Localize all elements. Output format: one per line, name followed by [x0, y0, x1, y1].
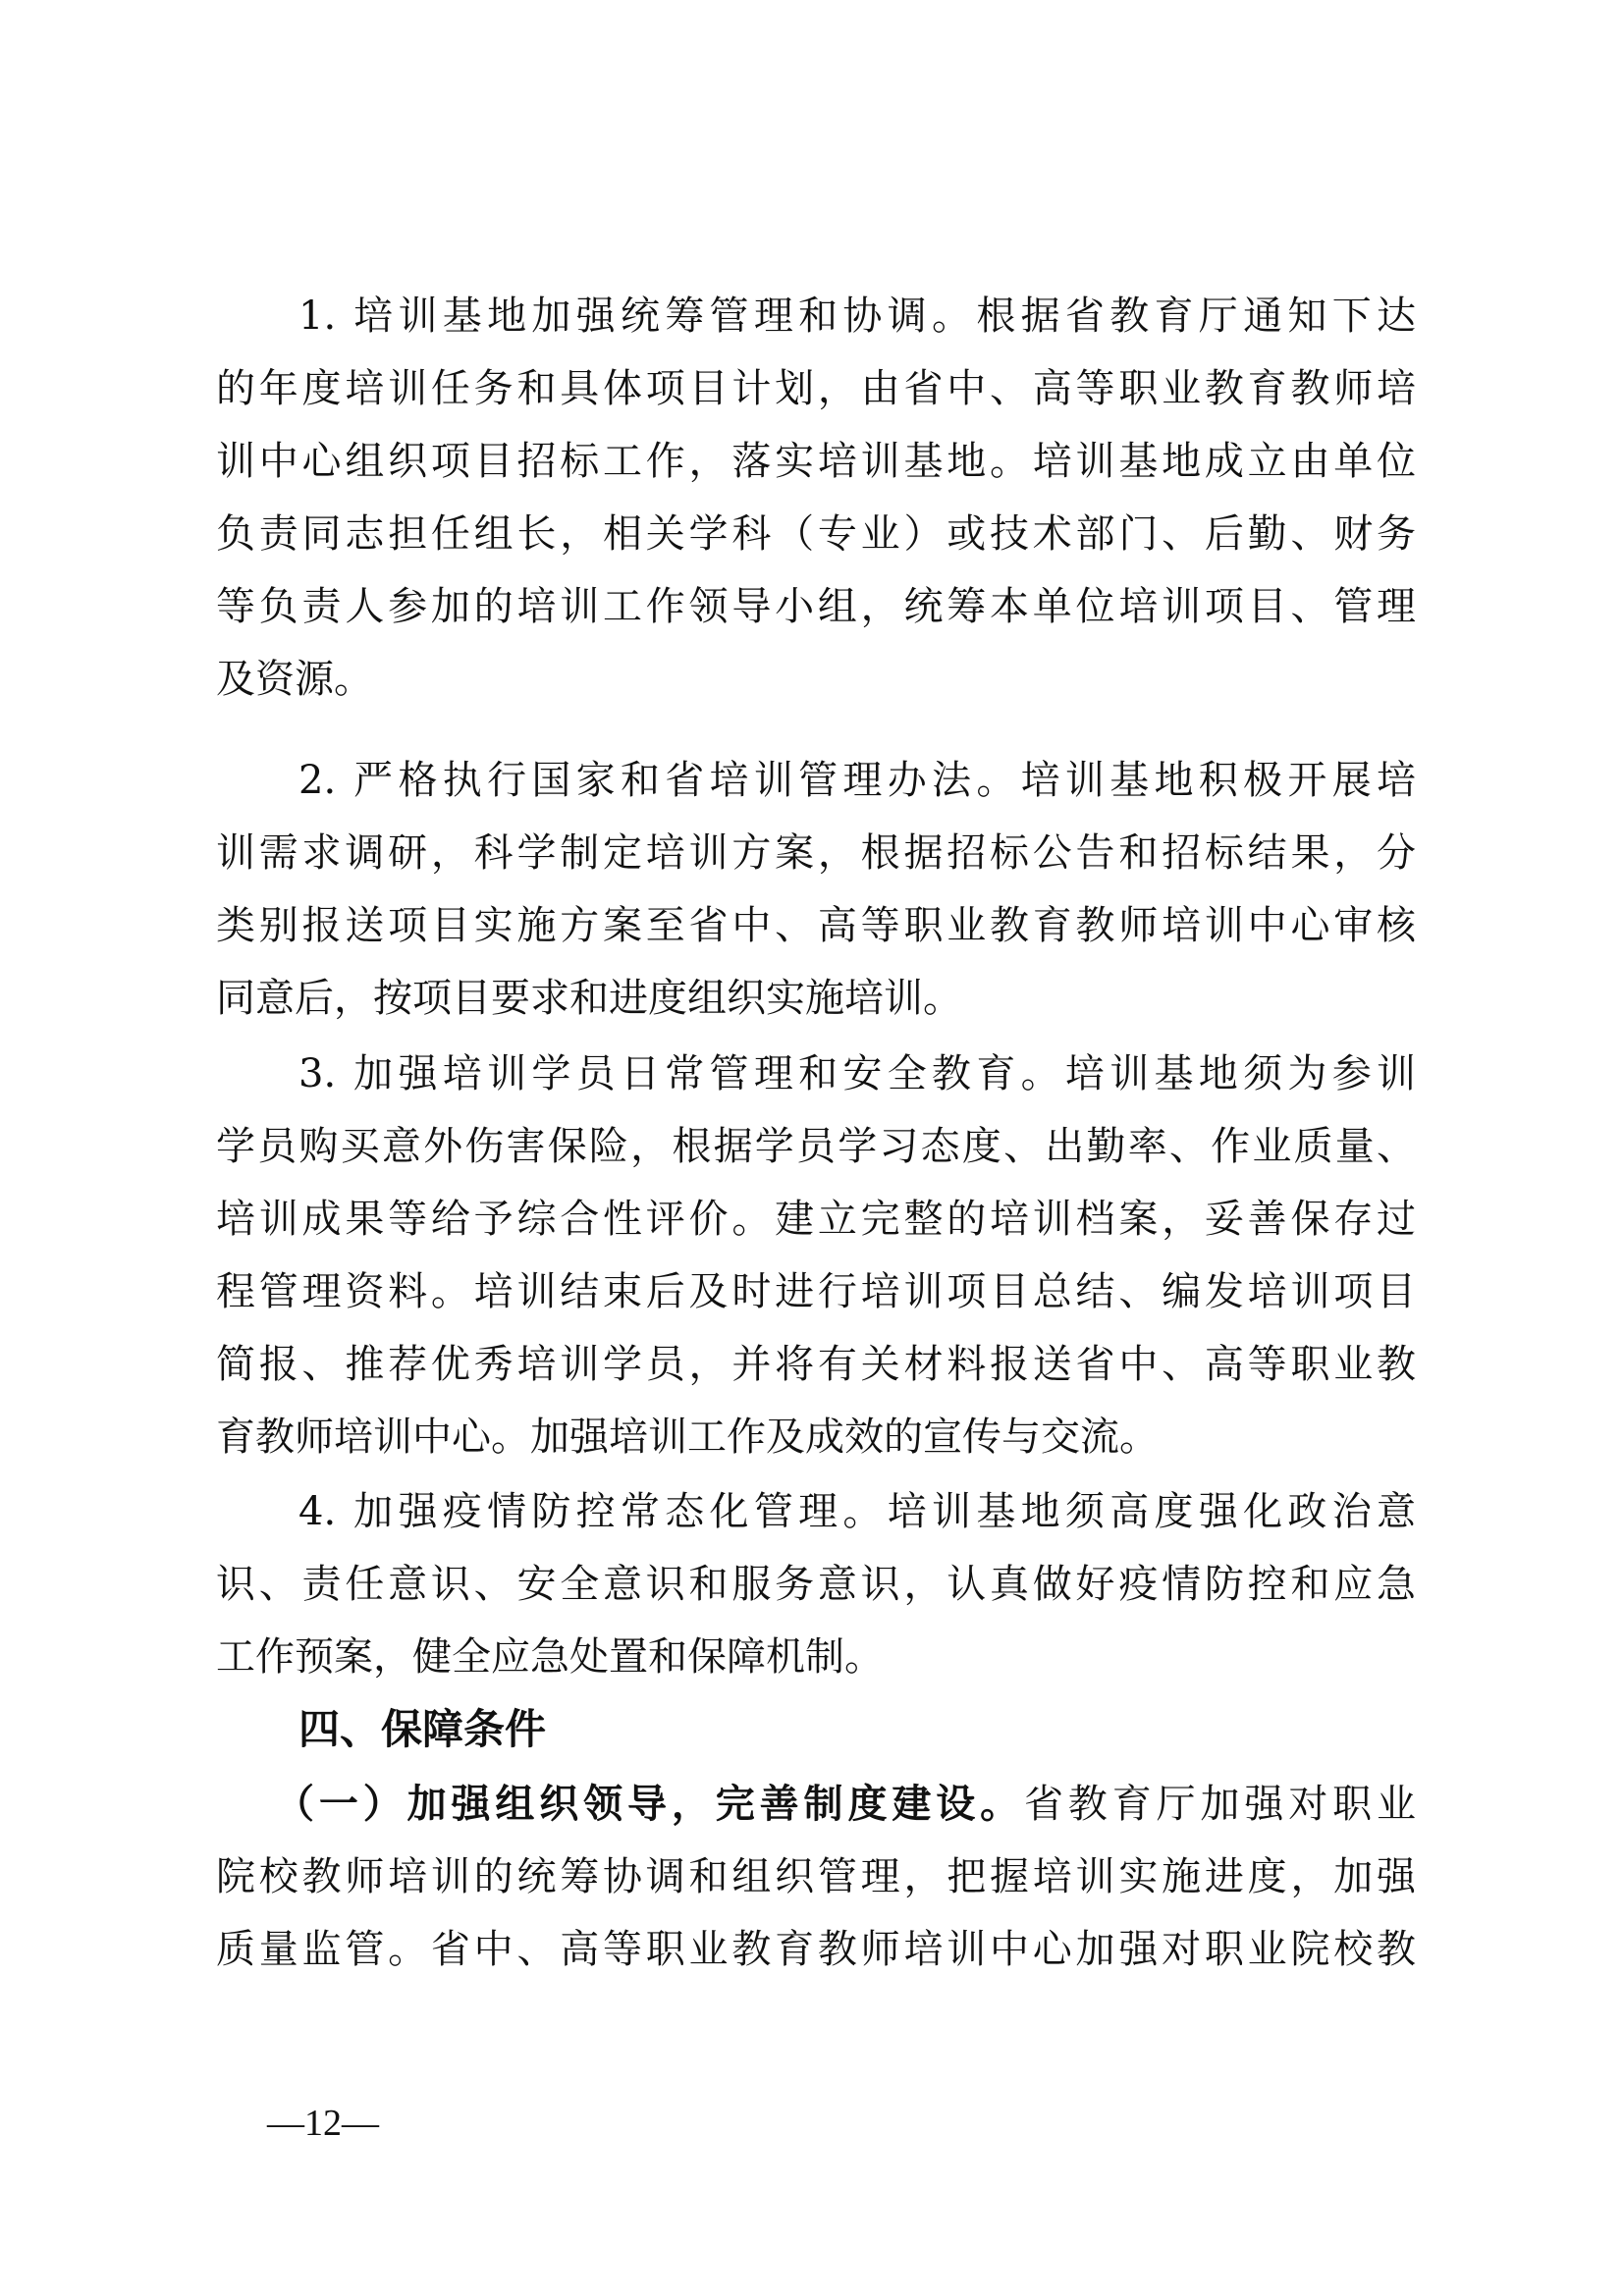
- subsection-first-line: （一）加强组织领导，完善制度建设。省教育厅加强对职业: [275, 1775, 1416, 1834]
- subsection-text: 省教育厅加强对职业: [1024, 1782, 1416, 1827]
- paragraph-line: 院校教师培训的统筹协调和组织管理，把握培训实施进度，加强: [216, 1847, 1416, 1906]
- paragraph-line: 培训成果等给予综合性评价。建立完整的培训档案，妥善保存过: [216, 1190, 1416, 1249]
- page-number: —12—: [267, 2099, 379, 2148]
- paragraph-line: 3. 加强培训学员日常管理和安全教育。培训基地须为参训: [298, 1044, 1416, 1103]
- paragraph-line: 等负责人参加的培训工作领导小组，统筹本单位培训项目、管理: [216, 577, 1416, 636]
- section-heading: 四、保障条件: [298, 1700, 546, 1759]
- paragraph-line: 简报、推荐优秀培训学员，并将有关材料报送省中、高等职业教: [216, 1335, 1416, 1394]
- paragraph-line: 学员购买意外伤害保险，根据学员学习态度、出勤率、作业质量、: [216, 1117, 1416, 1176]
- paragraph-line: 同意后，按项目要求和进度组织实施培训。: [216, 969, 1416, 1028]
- subsection-title: （一）加强组织领导，完善制度建设。: [275, 1782, 1024, 1827]
- document-page: 1. 培训基地加强统筹管理和协调。根据省教育厅通知下达 的年度培训任务和具体项目…: [0, 0, 1623, 2296]
- paragraph-line: 负责同志担任组长，相关学科（专业）或技术部门、后勤、财务: [216, 505, 1416, 563]
- paragraph-line: 育教师培训中心。加强培训工作及成效的宣传与交流。: [216, 1408, 1416, 1467]
- paragraph-line: 类别报送项目实施方案至省中、高等职业教育教师培训中心审核: [216, 896, 1416, 955]
- paragraph-line: 2. 严格执行国家和省培训管理办法。培训基地积极开展培: [298, 751, 1416, 810]
- paragraph-line: 工作预案，健全应急处置和保障机制。: [216, 1628, 1416, 1686]
- paragraph-line: 及资源。: [216, 650, 1416, 709]
- paragraph-line: 程管理资料。培训结束后及时进行培训项目总结、编发培训项目: [216, 1262, 1416, 1321]
- paragraph-line: 训需求调研，科学制定培训方案，根据招标公告和招标结果，分: [216, 824, 1416, 882]
- paragraph-line: 4. 加强疫情防控常态化管理。培训基地须高度强化政治意: [298, 1482, 1416, 1541]
- paragraph-line: 识、责任意识、安全意识和服务意识，认真做好疫情防控和应急: [216, 1555, 1416, 1614]
- paragraph-line: 训中心组织项目招标工作，落实培训基地。培训基地成立由单位: [216, 432, 1416, 491]
- paragraph-line: 质量监管。省中、高等职业教育教师培训中心加强对职业院校教: [216, 1920, 1416, 1979]
- paragraph-line: 的年度培训任务和具体项目计划，由省中、高等职业教育教师培: [216, 359, 1416, 418]
- paragraph-line: 1. 培训基地加强统筹管理和协调。根据省教育厅通知下达: [298, 287, 1416, 346]
